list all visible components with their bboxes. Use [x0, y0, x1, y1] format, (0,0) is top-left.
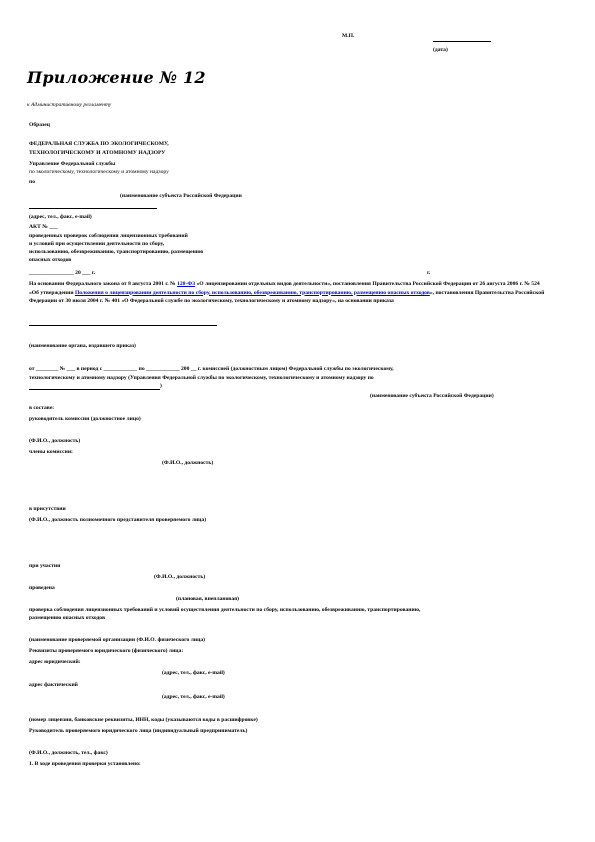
legal-address-label: адрес юридический: [29, 659, 81, 666]
presence-label: в присутствии [29, 506, 66, 513]
law-128-link[interactable]: 128-ФЗ [177, 281, 195, 287]
address-caption: (адрес, тел., факс, e-mail) [29, 214, 92, 221]
sample-label: Образец [29, 122, 50, 129]
date-caption: (дата) [433, 47, 448, 54]
act-purpose-line3: использованию, обезвреживанию, транспорт… [29, 249, 203, 256]
commission-region-line [29, 389, 160, 390]
stamp-label: М.П. [342, 33, 354, 40]
scope-line1: проверка соблюдения лицензионных требова… [29, 607, 420, 614]
order-caption: (наименование органа, издавшего приказ) [29, 343, 136, 350]
page-subtitle: к Административному регламенту [27, 102, 111, 109]
composition-label: в составе: [29, 405, 54, 412]
actual-address-label: адрес фактический [29, 682, 78, 689]
address-line [29, 208, 157, 209]
act-date: ________________ 20 ___ г. [29, 270, 95, 277]
legal-basis-paragraph: На основании Федерального закона от 8 ав… [29, 280, 549, 306]
head-caption: (Ф.И.О., должность, тел., факс) [29, 750, 108, 757]
head-label: Руководитель проверяемого юридического л… [29, 728, 247, 735]
basis-text-1: На основании Федерального закона от 8 ав… [29, 281, 177, 287]
department-line1: Управление Федеральной службы [29, 161, 115, 168]
conducted-label: проведена [29, 585, 55, 592]
actual-address-caption: (адрес, тел., факс, e-mail) [162, 694, 225, 701]
findings-item-1: 1. В ходе проведения проверки установлен… [29, 761, 141, 768]
license-caption: (номер лицензии, банковские реквизиты, И… [29, 717, 258, 724]
act-place-suffix: г. [427, 270, 430, 277]
date-line [433, 41, 491, 42]
org-caption: (наименование проверяемой организации (Ф… [29, 637, 205, 644]
regulation-link[interactable]: Положения о лицензировании деятельности … [75, 290, 430, 296]
region-caption: (наименование субъекта Российской Федера… [120, 193, 242, 200]
members-caption: (Ф.И.О., должность) [162, 460, 213, 467]
legal-address-caption: (адрес, тел., факс, e-mail) [162, 670, 225, 677]
commission-region-caption: (наименование субъекта Российской Федера… [370, 393, 494, 400]
presence-caption: (Ф.И.О., должность полномочного представ… [29, 517, 206, 524]
participation-label: при участии [29, 563, 60, 570]
act-purpose-line4: опасных отходов [29, 257, 71, 264]
order-line [29, 325, 217, 326]
act-purpose-line1: проведенных проверок соблюдения лицензио… [29, 233, 188, 240]
chair-label: руководитель комиссии (должностное лицо) [29, 416, 141, 423]
agency-name-line1: ФЕДЕРАЛЬНАЯ СЛУЖБА ПО ЭКОЛОГИЧЕСКОМУ, [29, 141, 169, 148]
scope-line2: размещению опасных отходов [29, 615, 105, 622]
closing-paren: ) [160, 383, 162, 390]
agency-name-line2: ТЕХНОЛОГИЧЕСКОМУ И АТОМНОМУ НАДЗОРУ [29, 150, 165, 157]
members-label: члены комиссии: [29, 449, 73, 456]
page-title: Приложение № 12 [27, 68, 206, 87]
commission-line1: от ________ № ___ в период с ___________… [29, 365, 559, 374]
commission-paragraph: от ________ № ___ в период с ___________… [29, 365, 559, 382]
act-purpose-line2: и условий при осуществлении деятельности… [29, 241, 164, 248]
act-heading: АКТ № ___ [29, 224, 58, 231]
commission-line2: технологическому и атомному надзору (Упр… [29, 374, 559, 383]
participation-caption: (Ф.И.О., должность) [154, 574, 205, 581]
chair-caption: (Ф.И.О., должность) [29, 438, 80, 445]
department-line2: по экологическому, технологическому и ат… [29, 169, 169, 176]
conducted-caption: (плановая, внеплановая) [176, 596, 239, 603]
department-line3: по [29, 179, 35, 186]
requisites-label: Реквизиты проверяемого юридического (физ… [29, 648, 183, 655]
